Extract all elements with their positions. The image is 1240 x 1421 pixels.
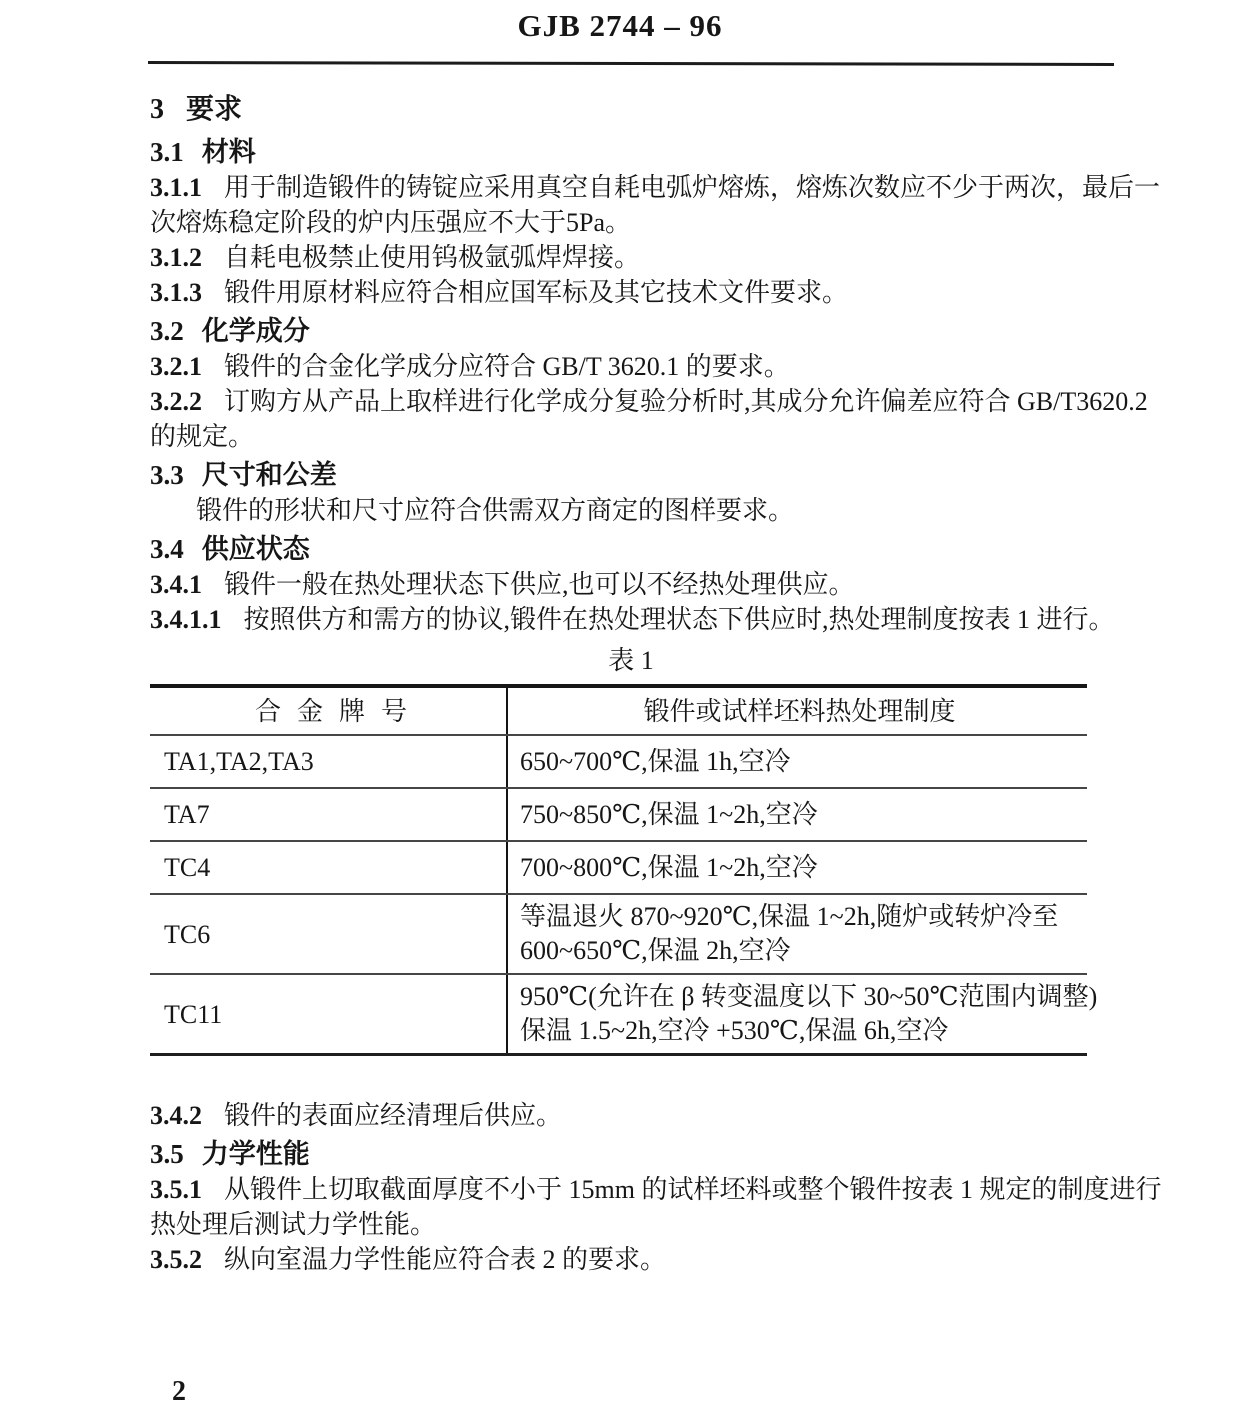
treatment-cell: 650~700℃,保温 1h,空冷	[506, 736, 1087, 787]
para-3-4-2: 3.4.2锻件的表面应经清理后供应。	[150, 1098, 1112, 1133]
section-title: 材料	[202, 137, 256, 167]
column-header-treatment: 锻件或试样坯料热处理制度	[506, 688, 1087, 734]
clause-number: 3.4.1	[150, 570, 202, 599]
section-title: 要求	[186, 94, 242, 125]
clause-number: 3.4.1.1	[150, 605, 222, 634]
alloy-cell: TA1,TA2,TA3	[150, 736, 506, 787]
section-number: 3.2	[150, 316, 184, 346]
page-number: 2	[172, 1376, 186, 1408]
clause-number: 3.4.2	[150, 1101, 202, 1130]
heading-3-4: 3.4供应状态	[150, 532, 1112, 567]
table-1-caption: 表 1	[150, 643, 1112, 678]
heading-3-3: 3.3尺寸和公差	[150, 458, 1112, 493]
alloy-cell: TA7	[150, 789, 506, 840]
clause-text: 纵向室温力学性能应符合表 2 的要求。	[224, 1245, 666, 1274]
treatment-cell: 950℃(允许在 β 转变温度以下 30~50℃范围内调整) 保温 1.5~2h…	[506, 975, 1105, 1053]
table-row: TC4 700~800℃,保温 1~2h,空冷	[150, 840, 1087, 893]
section-number: 3.4	[150, 534, 184, 564]
clause-text: 订购方从产品上取样进行化学成分复验分析时,其成分允许偏差应符合 GB/T3620…	[224, 387, 1148, 416]
table-row: TA7 750~850℃,保温 1~2h,空冷	[150, 787, 1087, 840]
treatment-cell: 750~850℃,保温 1~2h,空冷	[506, 789, 1087, 840]
clause-text: 从锻件上切取截面厚度不小于 15mm 的试样坯料或整个锻件按表 1 规定的制度进…	[224, 1175, 1161, 1204]
para-3-5-2: 3.5.2纵向室温力学性能应符合表 2 的要求。	[150, 1242, 1112, 1277]
table-header-row: 合金牌号 锻件或试样坯料热处理制度	[150, 688, 1087, 734]
clause-text: 锻件的合金化学成分应符合 GB/T 3620.1 的要求。	[224, 352, 790, 381]
section-number: 3.5	[150, 1139, 184, 1169]
clause-text: 锻件的表面应经清理后供应。	[224, 1101, 562, 1130]
section-title: 化学成分	[202, 316, 310, 346]
clause-number: 3.1.3	[150, 278, 202, 307]
header-rule	[148, 61, 1114, 66]
para-3-1-2: 3.1.2自耗电极禁止使用钨极氩弧焊焊接。	[150, 240, 1112, 275]
para-3-4-1-1: 3.4.1.1按照供方和需方的协议,锻件在热处理状态下供应时,热处理制度按表 1…	[150, 602, 1112, 637]
section-number: 3.1	[150, 137, 184, 167]
clause-text: 次熔炼稳定阶段的炉内压强应不大于5Pa。	[150, 205, 1112, 240]
alloy-cell: TC4	[150, 842, 506, 893]
heading-3: 3要求	[150, 92, 1112, 127]
para-3-4-1: 3.4.1锻件一般在热处理状态下供应,也可以不经热处理供应。	[150, 567, 1112, 602]
section-title: 尺寸和公差	[202, 460, 337, 490]
document-page: GJB 2744 – 96 3要求 3.1材料 3.1.1用于制造锻件的铸锭应采…	[0, 0, 1240, 1421]
treatment-cell: 700~800℃,保温 1~2h,空冷	[506, 842, 1087, 893]
table-row: TC6 等温退火 870~920℃,保温 1~2h,随炉或转炉冷至 600~65…	[150, 893, 1087, 973]
clause-text: 按照供方和需方的协议,锻件在热处理状态下供应时,热处理制度按表 1 进行。	[244, 605, 1115, 634]
section-number: 3	[150, 94, 164, 125]
column-header-alloy: 合金牌号	[150, 688, 506, 734]
para-3-5-1: 3.5.1从锻件上切取截面厚度不小于 15mm 的试样坯料或整个锻件按表 1 规…	[150, 1172, 1112, 1242]
table-row: TA1,TA2,TA3 650~700℃,保温 1h,空冷	[150, 734, 1087, 787]
clause-text: 锻件用原材料应符合相应国军标及其它技术文件要求。	[224, 278, 848, 307]
alloy-cell: TC6	[150, 895, 506, 973]
heading-3-1: 3.1材料	[150, 135, 1112, 170]
standard-number: GJB 2744 – 96	[0, 8, 1240, 44]
clause-text: 热处理后测试力学性能。	[150, 1207, 1112, 1242]
clause-text: 的规定。	[150, 419, 1112, 454]
table-1: 合金牌号 锻件或试样坯料热处理制度 TA1,TA2,TA3 650~700℃,保…	[150, 684, 1087, 1056]
clause-number: 3.5.2	[150, 1245, 202, 1274]
para-3-1-3: 3.1.3锻件用原材料应符合相应国军标及其它技术文件要求。	[150, 275, 1112, 310]
table-row: TC11 950℃(允许在 β 转变温度以下 30~50℃范围内调整) 保温 1…	[150, 973, 1087, 1053]
para-3-3-body: 锻件的形状和尺寸应符合供需双方商定的图样要求。	[150, 493, 1112, 528]
section-number: 3.3	[150, 460, 184, 490]
para-3-1-1: 3.1.1用于制造锻件的铸锭应采用真空自耗电弧炉熔炼，熔炼次数应不少于两次，最后…	[150, 170, 1112, 240]
alloy-cell: TC11	[150, 975, 506, 1053]
clause-text: 自耗电极禁止使用钨极氩弧焊焊接。	[224, 243, 640, 272]
heading-3-2: 3.2化学成分	[150, 314, 1112, 349]
clause-number: 3.1.1	[150, 173, 202, 202]
document-body: 3要求 3.1材料 3.1.1用于制造锻件的铸锭应采用真空自耗电弧炉熔炼，熔炼次…	[150, 92, 1112, 1277]
clause-text: 用于制造锻件的铸锭应采用真空自耗电弧炉熔炼，熔炼次数应不少于两次，最后一	[224, 173, 1160, 202]
clause-number: 3.1.2	[150, 243, 202, 272]
treatment-cell: 等温退火 870~920℃,保温 1~2h,随炉或转炉冷至 600~650℃,保…	[506, 895, 1087, 973]
heading-3-5: 3.5力学性能	[150, 1137, 1112, 1172]
para-3-2-2: 3.2.2订购方从产品上取样进行化学成分复验分析时,其成分允许偏差应符合 GB/…	[150, 384, 1112, 454]
clause-number: 3.2.2	[150, 387, 202, 416]
section-title: 力学性能	[202, 1139, 310, 1169]
clause-number: 3.5.1	[150, 1175, 202, 1204]
clause-number: 3.2.1	[150, 352, 202, 381]
clause-text: 锻件一般在热处理状态下供应,也可以不经热处理供应。	[224, 570, 855, 599]
para-3-2-1: 3.2.1锻件的合金化学成分应符合 GB/T 3620.1 的要求。	[150, 349, 1112, 384]
section-title: 供应状态	[202, 534, 310, 564]
